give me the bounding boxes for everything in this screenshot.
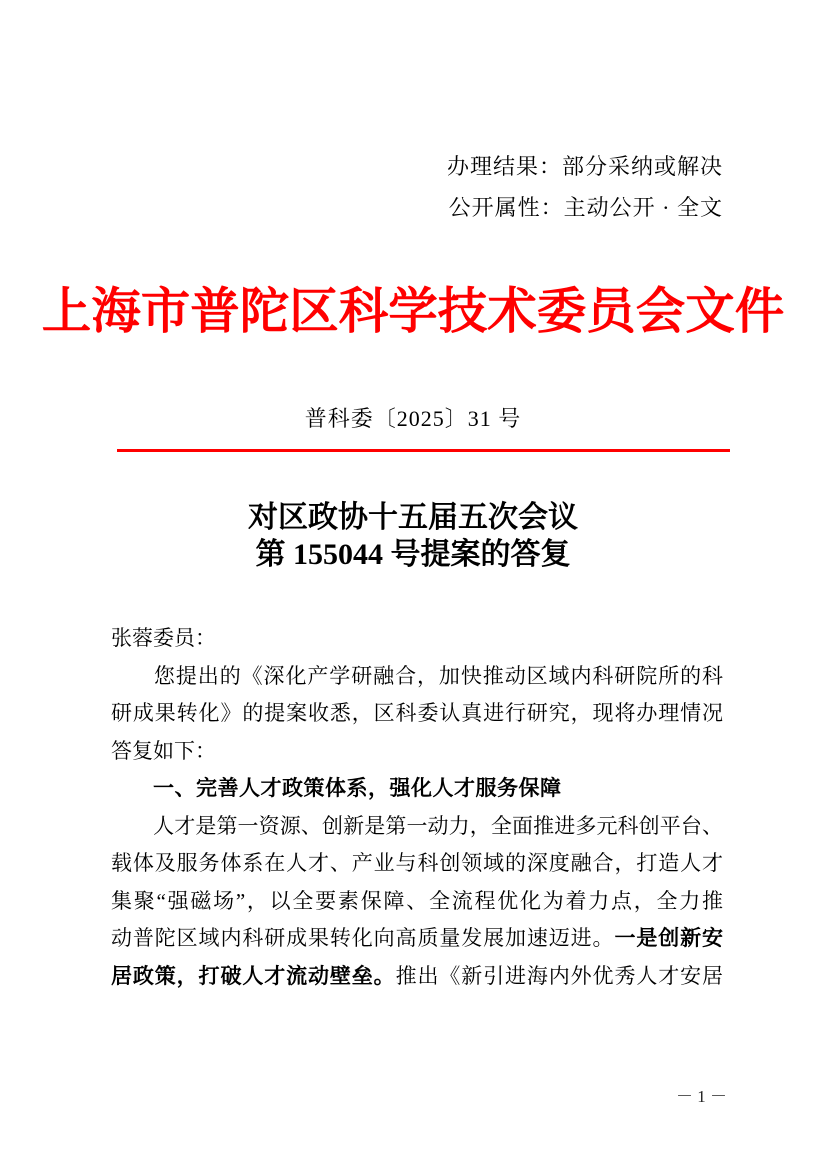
text-run: 人才是第一资源、创新是第一动力，全面推进多元科创平台、 xyxy=(153,814,723,838)
document-page: 办理结果：部分采纳或解决 公开属性：主动公开 · 全文 上海市普陀区科学技术委员… xyxy=(0,0,826,1169)
text-run: 研成果转化》的提案收悉，区科委认真进行研究，现将办理情况 xyxy=(111,701,723,725)
agency-banner-title: 上海市普陀区科学技术委员会文件 xyxy=(0,285,826,339)
body-line: 您提出的《深化产学研融合，加快推动区域内科研院所的科 xyxy=(111,658,723,696)
body-line: 集聚“强磁场”，以全要素保障、全流程优化为着力点，全力推 xyxy=(111,883,723,921)
document-title-line2: 第 155044 号提案的答复 xyxy=(0,536,826,573)
disclosure-attribute: 公开属性：主动公开 · 全文 xyxy=(447,187,723,228)
document-title: 对区政协十五届五次会议 第 155044 号提案的答复 xyxy=(0,499,826,573)
section-heading: 一、完善人才政策体系，强化人才服务保障 xyxy=(111,770,723,808)
body-line: 研成果转化》的提案收悉，区科委认真进行研究，现将办理情况 xyxy=(111,695,723,733)
text-run: 答复如下： xyxy=(111,739,216,763)
body-line: 人才是第一资源、创新是第一动力，全面推进多元科创平台、 xyxy=(111,808,723,846)
document-number: 普科委〔2025〕31 号 xyxy=(0,402,826,436)
body-line: 居政策，打破人才流动壁垒。推出《新引进海内外优秀人才安居 xyxy=(111,958,723,996)
page-number: － 1 － xyxy=(676,1086,727,1108)
body-line: 动普陀区域内科研成果转化向高质量发展加速迈进。一是创新安 xyxy=(111,920,723,958)
salutation: 张蓉委员： xyxy=(111,620,723,658)
emphasis-text: 居政策，打破人才流动壁垒。 xyxy=(111,964,396,988)
emphasis-text: 一是创新安 xyxy=(614,926,723,950)
red-divider-line xyxy=(117,449,730,452)
body-line: 载体及服务体系在人才、产业与科创领域的深度融合，打造人才 xyxy=(111,845,723,883)
body-text: 张蓉委员： 您提出的《深化产学研融合，加快推动区域内科研院所的科研成果转化》的提… xyxy=(111,620,723,995)
text-run: 载体及服务体系在人才、产业与科创领域的深度融合，打造人才 xyxy=(111,851,723,875)
text-run: 动普陀区域内科研成果转化向高质量发展加速迈进。 xyxy=(111,926,614,950)
text-run: 集聚“强磁场”，以全要素保障、全流程优化为着力点，全力推 xyxy=(111,889,723,913)
text-run: 推出《新引进海内外优秀人才安居 xyxy=(396,964,723,988)
body-lines: 您提出的《深化产学研融合，加快推动区域内科研院所的科研成果转化》的提案收悉，区科… xyxy=(111,658,723,996)
handling-result: 办理结果：部分采纳或解决 xyxy=(447,146,723,187)
text-run: 您提出的《深化产学研融合，加快推动区域内科研院所的科 xyxy=(153,664,723,688)
header-meta: 办理结果：部分采纳或解决 公开属性：主动公开 · 全文 xyxy=(447,146,723,228)
document-title-line1: 对区政协十五届五次会议 xyxy=(0,499,826,536)
body-line: 答复如下： xyxy=(111,733,723,771)
emphasis-text: 一、完善人才政策体系，强化人才服务保障 xyxy=(153,777,562,800)
